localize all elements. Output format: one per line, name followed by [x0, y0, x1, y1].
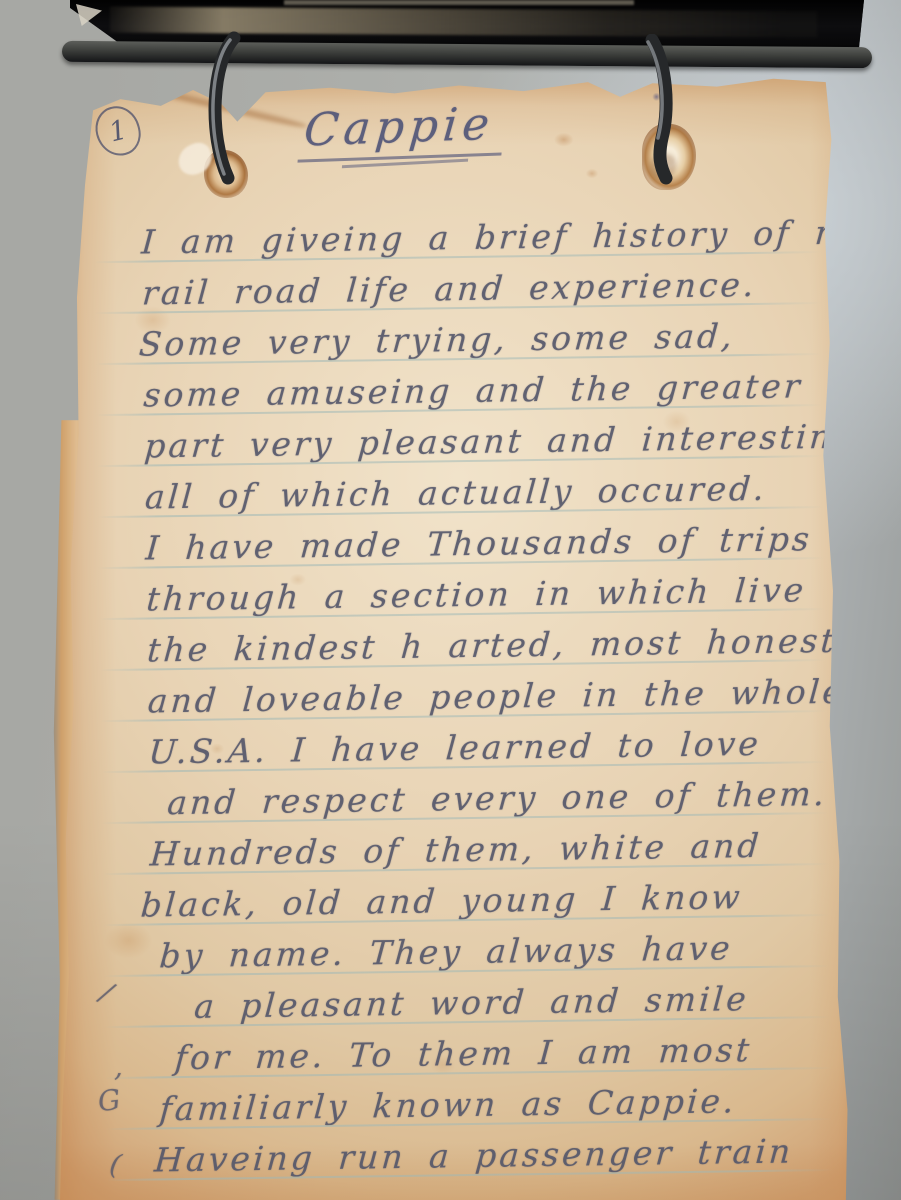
binder-ring-right [630, 34, 694, 186]
page-number: 1 [91, 101, 146, 160]
margin-mark: , [114, 1050, 123, 1083]
manuscript-text: I am giveing a brief history of myrail r… [89, 207, 848, 1186]
handwritten-line: Haveing run a passenger train [101, 1125, 851, 1186]
photo-scene: 1 Cappie I am giveing a brief history of… [0, 0, 901, 1200]
binder-ring-left [196, 28, 260, 196]
margin-mark: G [96, 1083, 122, 1118]
page-number-value: 1 [106, 114, 130, 148]
notebook-page: 1 Cappie I am giveing a brief history of… [56, 72, 862, 1200]
page-title: Cappie [297, 96, 506, 162]
